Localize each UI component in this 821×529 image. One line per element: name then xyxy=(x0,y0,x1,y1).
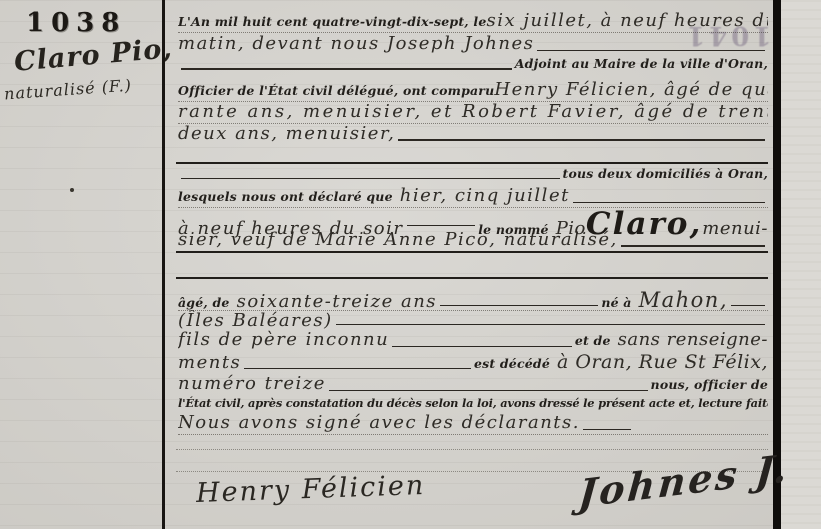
act-number: 1038 xyxy=(26,8,126,38)
hand-entry-birthplace: Mahon, xyxy=(639,288,728,311)
form-line-birth-region: (Îles Baléares) xyxy=(178,310,768,329)
form-line-witness3: deux ans, menuisier, xyxy=(178,123,768,145)
printed-text: et de xyxy=(575,333,611,348)
printed-text: l'État civil, après constatation du décè… xyxy=(178,396,768,410)
form-line-age-birthplace: âgé, de soixante-treize ans né à Mahon, xyxy=(178,288,768,311)
hand-entry-signature-clause: Nous avons signé avec les déclarants. xyxy=(178,412,580,433)
blank-rule xyxy=(440,304,598,306)
form-line-witness2: rante ans, menuisier, et Robert Favier, … xyxy=(178,101,768,124)
hand-entry-father: fils de père inconnu xyxy=(178,329,389,350)
printed-text: tous deux domiciliés à Oran, xyxy=(563,166,769,181)
hand-entry-mother-cont: ments xyxy=(178,352,241,373)
hand-entry-widower: sier, veuf de Marie Anne Pico, naturalis… xyxy=(178,229,618,250)
blank-rule xyxy=(392,345,572,347)
blank-rule xyxy=(336,323,765,325)
hand-entry-date: six juillet, à neuf heures du xyxy=(487,10,768,31)
form-line-house-number: numéro treize nous, officier de xyxy=(178,373,768,395)
blank-rule xyxy=(244,367,471,369)
hand-entry-house-number: numéro treize xyxy=(178,373,326,394)
form-line-declaration: lesquels nous ont déclaré que hier, cinq… xyxy=(178,185,768,208)
form-line-father: fils de père inconnu et de sans renseign… xyxy=(178,329,768,351)
signature-officer: Johnes J. xyxy=(577,445,792,517)
form-line-officer-name: matin, devant nous Joseph Johnes xyxy=(178,33,768,55)
blank-rule xyxy=(181,177,560,179)
blank-rule xyxy=(329,389,648,391)
blank-rule xyxy=(621,244,765,247)
signature-witness: Henry Félicien xyxy=(196,470,426,509)
hand-entry-age: soixante-treize ans xyxy=(237,291,437,311)
hand-entry-witness2: rante ans, menuisier, et Robert Favier, … xyxy=(178,101,768,122)
form-line-domicile: tous deux domiciliés à Oran, xyxy=(178,166,768,183)
blank-rule xyxy=(537,49,765,51)
margin-annotation: naturalisé (F.) xyxy=(3,76,132,104)
form-line-witness1: Officier de l'État civil délégué, ont co… xyxy=(178,79,768,102)
faint-rule xyxy=(176,449,768,450)
printed-text: lesquels nous ont déclaré que xyxy=(178,189,393,204)
form-line-death-place: ments est décédé à Oran, Rue St Félix, xyxy=(178,351,768,373)
printed-text: Adjoint au Maire de la ville d'Oran, xyxy=(515,56,768,71)
death-certificate-scan: 1038 Claro Pio, naturalisé (F.) 1041 L'A… xyxy=(0,0,821,529)
blank-rule xyxy=(573,201,765,203)
printed-text: âgé, de xyxy=(178,295,230,310)
blank-rule xyxy=(583,428,631,430)
printed-text: L'An mil huit cent quatre-vingt-dix-sept… xyxy=(178,14,487,29)
blank-rule xyxy=(731,304,765,306)
blank-rule xyxy=(176,277,768,279)
printed-text: Officier de l'État civil délégué, ont co… xyxy=(178,83,494,98)
blank-rule xyxy=(176,162,768,164)
blank-rule xyxy=(398,138,765,141)
form-line-date: L'An mil huit cent quatre-vingt-dix-sept… xyxy=(178,10,768,33)
form-line-deceased: à neuf heures du soir le nommé Pio Claro… xyxy=(178,206,768,230)
printed-text: né à xyxy=(601,295,631,310)
hand-entry-death-address: à Oran, Rue St Félix, xyxy=(557,351,768,373)
form-line-signature-clause: Nous avons signé avec les déclarants. xyxy=(178,412,768,435)
margin-divider-line xyxy=(162,0,165,529)
hand-entry-officer: matin, devant nous Joseph Johnes xyxy=(178,33,534,54)
printed-text: nous, officier de xyxy=(651,377,768,392)
blank-rule xyxy=(181,67,512,70)
margin-deceased-name: Claro Pio, xyxy=(13,33,174,78)
ink-dot xyxy=(70,188,74,192)
hand-entry-birth-region: (Îles Baléares) xyxy=(178,310,333,329)
hand-entry-witness3: deux ans, menuisier, xyxy=(178,123,395,144)
printed-text: est décédé xyxy=(474,356,550,371)
hand-entry-mother: sans renseigne- xyxy=(618,329,768,350)
form-line-widower: sier, veuf de Marie Anne Pico, naturalis… xyxy=(178,229,768,251)
hand-entry-witness1: Henry Félicien, âgé de qua- xyxy=(494,79,768,100)
form-line-legal-clause: l'État civil, après constatation du décè… xyxy=(178,396,768,413)
hand-entry-death-date: hier, cinq juillet xyxy=(400,185,570,206)
blank-rule xyxy=(407,224,476,226)
blank-rule xyxy=(176,251,768,253)
form-line-adjoint: Adjoint au Maire de la ville d'Oran, xyxy=(178,56,768,74)
